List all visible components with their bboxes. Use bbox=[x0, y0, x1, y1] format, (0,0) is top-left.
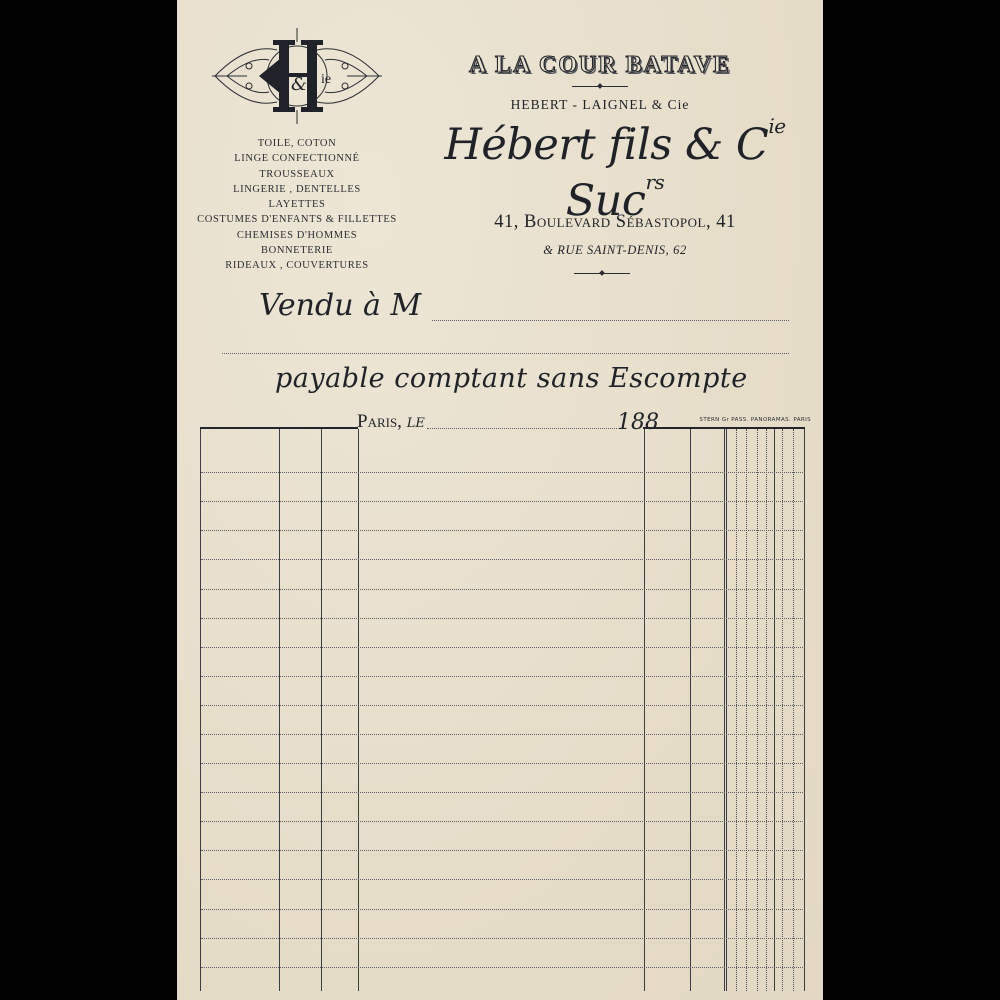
table-row[interactable] bbox=[201, 472, 805, 473]
table-row[interactable] bbox=[201, 589, 805, 590]
table-row[interactable] bbox=[201, 850, 805, 851]
table-row[interactable] bbox=[201, 705, 805, 706]
col-line bbox=[804, 429, 805, 991]
table-row[interactable] bbox=[201, 792, 805, 793]
col-line bbox=[321, 429, 322, 991]
table-row[interactable] bbox=[201, 676, 805, 677]
table-row[interactable] bbox=[201, 559, 805, 560]
col-line bbox=[644, 429, 645, 991]
col-line bbox=[200, 429, 201, 991]
table-row[interactable] bbox=[201, 530, 805, 531]
col-line-dotted bbox=[746, 429, 747, 991]
table-row[interactable] bbox=[201, 821, 805, 822]
table-row[interactable] bbox=[201, 618, 805, 619]
table-row[interactable] bbox=[201, 734, 805, 735]
invoice-table bbox=[177, 0, 823, 1000]
col-line-dotted bbox=[782, 429, 783, 991]
col-line bbox=[358, 429, 359, 991]
table-row[interactable] bbox=[201, 909, 805, 910]
invoice-paper: ie & TOILE, COTON LINGE CONFECTIONNÉ TRO… bbox=[177, 0, 823, 1000]
col-line-dotted bbox=[766, 429, 767, 991]
table-row[interactable] bbox=[201, 967, 805, 968]
table-row[interactable] bbox=[201, 647, 805, 648]
col-line-dotted bbox=[793, 429, 794, 991]
col-line bbox=[726, 429, 727, 991]
col-line bbox=[774, 429, 775, 991]
table-row[interactable] bbox=[201, 938, 805, 939]
col-line bbox=[724, 429, 725, 991]
col-line-dotted bbox=[736, 429, 737, 991]
col-line bbox=[690, 429, 691, 991]
table-row[interactable] bbox=[201, 763, 805, 764]
col-line-dotted bbox=[757, 429, 758, 991]
table-row[interactable] bbox=[201, 879, 805, 880]
table-row[interactable] bbox=[201, 501, 805, 502]
col-line bbox=[279, 429, 280, 991]
